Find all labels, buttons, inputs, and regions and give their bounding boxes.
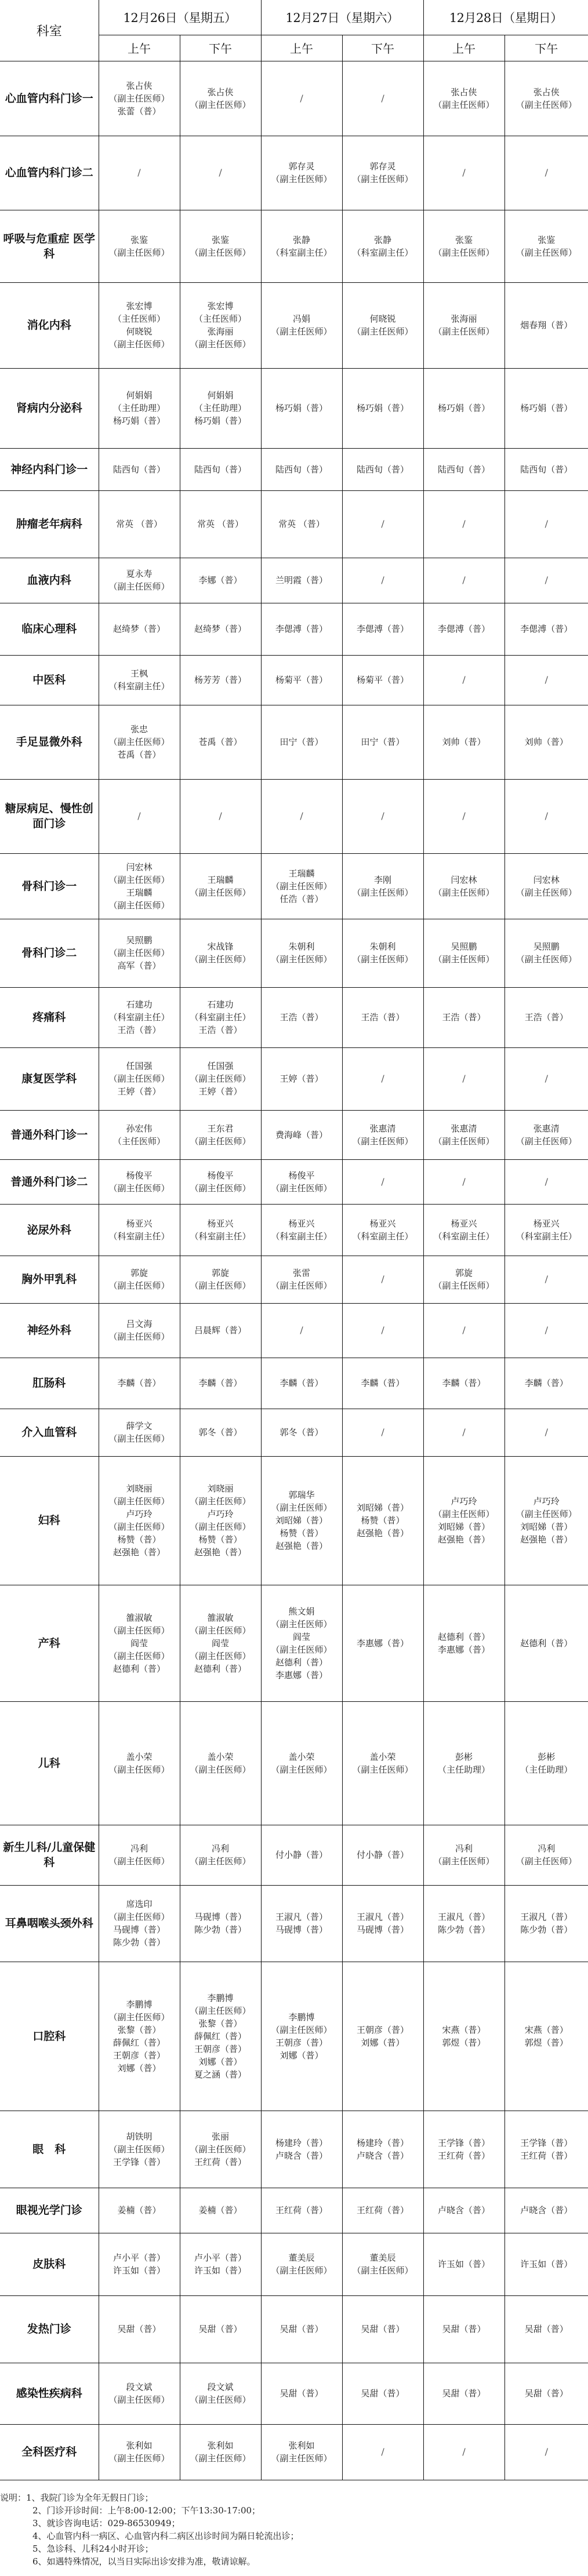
doctor-line: 田宁（普） [343,736,423,748]
doctor-line: 刘帅（普） [505,736,588,748]
doctor-line: 阎莹 [99,1637,180,1650]
no-clinic-mark: / [343,1072,423,1085]
no-clinic-mark: / [343,1176,423,1188]
schedule-cell: 王枫（科室副主任） [99,655,180,705]
doctor-line: （副主任医师） [262,1279,342,1292]
schedule-cell: 杨俊平（副主任医师） [180,1159,261,1204]
doctor-line: （副主任医师） [180,1855,261,1868]
doctor-line: 郭冬（普） [262,1426,342,1439]
doctor-line: （副主任医师） [262,1182,342,1195]
schedule-cell: 盖小荣（副主任医师） [261,1701,342,1825]
doctor-line: 雒淑敏 [180,1611,261,1624]
doctor-line: （副主任医师） [424,953,504,966]
doctor-line: 卢巧玲 [424,1495,504,1508]
doctor-line: 杨菊平（普） [343,674,423,686]
date-header-dec26: 12月26日（星期五） [99,0,261,35]
schedule-cell: 王淑凡（普）马砚博（普） [342,1885,423,1962]
schedule-cell: 杨俊平（副主任医师） [99,1159,180,1204]
dept-name: 手足显微外科 [0,705,99,779]
doctor-line: 马砚博（普） [99,1923,180,1936]
schedule-cell: 盖小荣（副主任医师） [180,1701,261,1825]
no-clinic-mark: / [343,574,423,587]
schedule-cell: 付小静（普） [342,1825,423,1885]
schedule-cell: 杨菊平（普） [261,655,342,705]
schedule-cell: 张雷（副主任医师） [261,1256,342,1303]
doctor-line: 张宏博 [99,300,180,312]
doctor-line: 王朝彦（普） [99,2049,180,2062]
schedule-cell: 张惠清（副主任医师） [342,1110,423,1159]
doctor-line: 刘娜（普） [343,2036,423,2049]
dept-name: 感染性疾病科 [0,2363,99,2424]
doctor-line: 杨亚兴 [343,1217,423,1230]
dept-name: 心血管内科门诊一 [0,61,99,136]
dept-row: 骨科门诊二吴照鹏（副主任医师）高军（普）宋战锋（副主任医师）朱朝利（副主任医师）… [0,919,588,987]
doctor-line: 薛学文 [99,1420,180,1432]
schedule-cell: 张海丽（副主任医师） [423,282,504,368]
schedule-cell: 雒淑敏（副主任医师）阎莹（副主任医师）赵德利（普） [99,1585,180,1701]
no-clinic-mark: / [262,1324,342,1337]
schedule-cell: / [504,1047,588,1110]
doctor-line: 杨赞（普） [99,1533,180,1546]
note-line: 5、急诊科、儿科24小时开诊； [0,2542,588,2555]
doctor-line: 杨巧娟（普） [180,414,261,427]
no-clinic-mark: / [424,1176,504,1188]
schedule-cell: 吕晨辉（普） [180,1303,261,1358]
doctor-line: 费海峰（普） [262,1129,342,1141]
doctor-line: 卢巧玲 [180,1508,261,1520]
doctor-line: 赵强艳（普） [180,1546,261,1559]
doctor-line: （副主任医师） [99,1763,180,1776]
doctor-line: 张占侠 [505,86,588,99]
doctor-line: 何娟娟 [99,389,180,402]
doctor-line: 盖小荣 [262,1751,342,1763]
slot-header-pm: 下午 [504,35,588,61]
dept-row: 新生儿科/儿童保健科冯利（副主任医师）冯利（副主任医师）付小静（普）付小静（普）… [0,1825,588,1885]
schedule-cell: 卢晓含（普） [423,2188,504,2233]
doctor-line: 吴照鹏 [424,940,504,953]
doctor-line: 卢晓含（普） [262,2149,342,2162]
dept-row: 骨科门诊一闫宏林（副主任医师）王瑞麟（副主任医师）王瑞麟（副主任医师）王瑞麟（副… [0,853,588,919]
schedule-cell: 杨亚兴（科室副主任） [261,1204,342,1256]
dept-row: 中医科王枫（科室副主任）杨芳芳（普）杨菊平（普）杨菊平（普）// [0,655,588,705]
doctor-line: 赵绮梦（普） [99,623,180,635]
doctor-line: （副主任医师） [505,886,588,899]
doctor-line: （副主任医师） [99,338,180,351]
no-clinic-mark: / [424,810,504,823]
schedule-cell: 吴甜（普） [504,2363,588,2424]
schedule-cell: 杨亚兴（科室副主任） [180,1204,261,1256]
doctor-line: 刘昭娣（普） [505,1520,588,1533]
no-clinic-mark: / [262,92,342,105]
doctor-line: 吴甜（普） [505,2387,588,2400]
doctor-line: 付小静（普） [262,1849,342,1861]
schedule-cell: 冯利（副主任医师） [423,1825,504,1885]
schedule-cell: 陆西旬（普） [261,448,342,490]
doctor-line: 宋燕（普） [424,2024,504,2036]
doctor-line: 冯利 [99,1842,180,1855]
no-clinic-mark: / [180,166,261,179]
schedule-cell: 彭彬（主任助理） [504,1701,588,1825]
schedule-cell: 许玉如（普） [423,2233,504,2295]
schedule-cell: 赵绮梦（普） [99,603,180,655]
schedule-cell: / [342,1303,423,1358]
doctor-line: 张利如 [262,2439,342,2452]
doctor-line: 夏之涵（普） [180,2068,261,2081]
doctor-line: （副主任医师） [180,1182,261,1195]
schedule-cell: 卢晓含（普） [504,2188,588,2233]
no-clinic-mark: / [505,1176,588,1188]
dept-name: 介入血管科 [0,1409,99,1456]
doctor-line: 陆西旬（普） [424,463,504,476]
slot-header-am: 上午 [261,35,342,61]
schedule-cell: 郭冬（普） [180,1409,261,1456]
doctor-line: （主任助理） [505,1763,588,1776]
doctor-line: 王朝彦（普） [180,2043,261,2055]
schedule-cell: 姜楠（普） [180,2188,261,2233]
doctor-line: 常英 （普） [99,518,180,530]
doctor-line: 王学锋（普） [424,2137,504,2149]
schedule-cell: 杨芳芳（普） [180,655,261,705]
doctor-line: （副主任医师） [505,953,588,966]
no-clinic-mark: / [424,1072,504,1085]
doctor-line: 李惠娜（普） [343,1637,423,1650]
notes-prefix: 说明： [0,2493,26,2503]
doctor-line: 王学锋（普） [99,2156,180,2169]
doctor-line: （副主任医师） [99,2393,180,2406]
doctor-line: 段文斌 [180,2381,261,2393]
schedule-cell: 吕文海（副主任医师） [99,1303,180,1358]
doctor-line: （主任助理） [180,402,261,414]
doctor-line: 苍禹（普） [180,736,261,748]
doctor-line: 王婷（普） [180,1085,261,1098]
dept-name: 眼 科 [0,2111,99,2188]
dept-row: 心血管内科门诊二//郭存灵（副主任医师）郭存灵（副主任医师）// [0,136,588,210]
schedule-cell: 刘晓丽（副主任医师）卢巧玲（副主任医师）杨赞（普）赵强艳（普） [99,1456,180,1585]
schedule-cell: / [342,490,423,558]
no-clinic-mark: / [99,166,180,179]
schedule-cell: 段文斌（副主任医师） [99,2363,180,2424]
dept-row: 神经外科吕文海（副主任医师）吕晨辉（普）//// [0,1303,588,1358]
doctor-line: （副主任医师） [505,246,588,259]
schedule-cell: 王学锋（普）王红荷（普） [504,2111,588,2188]
schedule-cell: 李偲溥（普） [342,603,423,655]
schedule-cell: 闫宏林（副主任医师） [423,853,504,919]
schedule-cell: 刘晓丽（副主任医师）卢巧玲（副主任医师）杨赞（普）赵强艳（普） [180,1456,261,1585]
doctor-line: （主任医师） [180,312,261,325]
schedule-cell: 胡铁明（副主任医师）王学锋（普） [99,2111,180,2188]
doctor-line: 刘娜（普） [262,2049,342,2062]
schedule-cell: 李偲溥（普） [423,603,504,655]
no-clinic-mark: / [505,1426,588,1439]
doctor-line: （副主任医师） [262,1763,342,1776]
schedule-cell: 吴甜（普） [342,2295,423,2363]
doctor-line: （副主任医师） [99,1624,180,1637]
doctor-line: 杨赞（普） [262,1527,342,1540]
doctor-line: 胡铁明 [99,2130,180,2143]
schedule-cell: 郭瑞华（副主任医师）刘昭娣（普）杨赞（普）赵强艳（普） [261,1456,342,1585]
doctor-line: 卢小平（普） [180,2251,261,2264]
schedule-cell: / [423,1159,504,1204]
no-clinic-mark: / [424,518,504,530]
schedule-cell: 王浩（普） [342,987,423,1047]
schedule-cell: 王浩（普） [261,987,342,1047]
schedule-cell: / [504,490,588,558]
doctor-line: 闫宏林 [99,861,180,874]
schedule-cell: 吴甜（普） [180,2295,261,2363]
schedule-cell: 兰明霞（普） [261,558,342,603]
note-line: 4、心血管内科一病区、心血管内科二病区出诊时间为隔日轮流出诊； [0,2530,588,2542]
doctor-line: 赵强艳（普） [343,1527,423,1540]
doctor-line: 李偲溥（普） [343,623,423,635]
schedule-cell: 杨建玲（普）卢晓含（普） [261,2111,342,2188]
doctor-line: （副主任医师） [180,886,261,899]
doctor-line: 郭煜（普） [424,2036,504,2049]
doctor-line: 段文斌 [99,2381,180,2393]
dept-row: 普通外科门诊二杨俊平（副主任医师）杨俊平（副主任医师）杨俊平（副主任医师）/// [0,1159,588,1204]
doctor-line: 吴甜（普） [343,2323,423,2335]
doctor-line: 李刚 [343,874,423,886]
dept-name: 妇科 [0,1456,99,1585]
doctor-line: 王红荷（普） [505,2149,588,2162]
doctor-line: 烟春翔（普） [505,319,588,332]
doctor-line: 李麟（普） [343,1377,423,1389]
schedule-cell: 张利如（副主任医师） [99,2424,180,2480]
dept-row: 呼吸与危重症 医学科张鉴（副主任医师）张鉴（副主任医师）张静（科室副主任）张静（… [0,210,588,282]
doctor-line: （副主任医师） [262,880,342,893]
schedule-cell: 杨亚兴（科室副主任） [423,1204,504,1256]
doctor-line: 杨亚兴 [262,1217,342,1230]
doctor-line: 冯利 [505,1842,588,1855]
schedule-cell: / [504,558,588,603]
schedule-cell: 常英 （普） [261,490,342,558]
schedule-cell: 杨亚兴（科室副主任） [342,1204,423,1256]
doctor-line: 王淑凡（普） [262,1911,342,1923]
schedule-cell: 张惠清（副主任医师） [504,1110,588,1159]
notes-section: 说明：1、我院门诊为全年无假日门诊； 2、门诊开诊时间：上午8:00-12:00… [0,2491,588,2568]
doctor-line: 王枫 [99,667,180,680]
doctor-line: 兰明霞（普） [262,574,342,587]
schedule-cell: 彭彬（主任助理） [423,1701,504,1825]
slot-header-am: 上午 [99,35,180,61]
dept-name: 耳鼻咽喉头颈外科 [0,1885,99,1962]
doctor-line: （副主任医师） [99,1279,180,1292]
doctor-line: （科室副主任） [262,246,342,259]
schedule-cell: 吴甜（普） [261,2363,342,2424]
dept-name: 疼痛科 [0,987,99,1047]
dept-name: 骨科门诊一 [0,853,99,919]
schedule-cell: 杨巧娟（普） [423,368,504,448]
schedule-cell: 王瑞麟（副主任医师）任浩（普） [261,853,342,919]
doctor-line: 吴甜（普） [180,2323,261,2335]
schedule-cell: / [342,558,423,603]
doctor-line: 赵强艳（普） [505,1533,588,1546]
schedule-cell: 李麟（普） [423,1358,504,1409]
doctor-line: 刘娜（普） [99,2062,180,2075]
doctor-line: （副主任医师） [99,1911,180,1923]
schedule-cell: 杨菊平（普） [342,655,423,705]
doctor-line: （主任医师） [99,312,180,325]
no-clinic-mark: / [343,810,423,823]
doctor-line: 李麟（普） [99,1377,180,1389]
doctor-line: （副主任医师） [99,899,180,912]
schedule-cell: / [504,779,588,853]
dept-row: 发热门诊吴甜（普）吴甜（普）吴甜（普）吴甜（普）吴甜（普）吴甜（普） [0,2295,588,2363]
dept-row: 心血管内科门诊一张占侠（副主任医师）张蕾（普）张占侠（副主任医师）//张占侠（副… [0,61,588,136]
doctor-line: （科室副主任） [505,1230,588,1243]
schedule-cell: 张占侠（副主任医师） [504,61,588,136]
dept-name: 神经内科门诊一 [0,448,99,490]
doctor-line: 张占侠 [424,86,504,99]
dept-name: 血液内科 [0,558,99,603]
doctor-line: 吴甜（普） [424,2323,504,2335]
doctor-line: 卢巧玲 [505,1495,588,1508]
schedule-cell: 席选印（副主任医师）马砚博（普）陈少勃（普） [99,1885,180,1962]
doctor-line: （副主任医师） [180,338,261,351]
doctor-line: （科室副主任） [99,680,180,693]
doctor-line: 马砚博（普） [262,1923,342,1936]
doctor-line: 王红荷（普） [180,2156,261,2169]
doctor-line: 李麟（普） [180,1377,261,1389]
dept-row: 手足显微外科张忠（副主任医师）苍禹（普）苍禹（普）田宁（普）田宁（普）刘帅（普）… [0,705,588,779]
dept-column-header: 科室 [0,0,99,61]
schedule-cell: 烟春翔（普） [504,282,588,368]
schedule-cell: 吴甜（普） [423,2363,504,2424]
dept-name: 肾病内分泌科 [0,368,99,448]
no-clinic-mark: / [343,2446,423,2458]
dept-name: 心血管内科门诊二 [0,136,99,210]
schedule-cell: 李鹏博（副主任医师）张黎（普）薛佩红（普）王朝彦（普）刘娜（普） [99,1962,180,2111]
doctor-line: 卢巧玲 [99,1508,180,1520]
schedule-cell: 王淑凡（普）马砚博（普） [261,1885,342,1962]
doctor-line: 张惠清 [343,1122,423,1135]
schedule-cell: 张占侠（副主任医师） [423,61,504,136]
doctor-line: 朱朝利 [262,940,342,953]
doctor-line: 李惠娜（普） [424,1643,504,1656]
schedule-cell: / [342,1409,423,1456]
schedule-cell: 常英 （普） [180,490,261,558]
doctor-line: 熊文娟 [262,1605,342,1618]
note-line: 3、就诊咨询电话：029-86530949； [0,2517,588,2530]
doctor-line: 王婷（普） [262,1072,342,1085]
doctor-line: （副主任医师） [99,580,180,593]
doctor-line: （科室副主任） [262,1230,342,1243]
dept-row: 糖尿病足、慢性创面门诊////// [0,779,588,853]
schedule-cell: / [99,136,180,210]
doctor-line: （科室副主任） [424,1230,504,1243]
doctor-line: 王瑞麟 [262,867,342,880]
doctor-line: 陆西旬（普） [505,463,588,476]
schedule-cell: 杨亚兴（科室副主任） [504,1204,588,1256]
no-clinic-mark: / [505,1324,588,1337]
doctor-line: 任浩（普） [262,893,342,905]
doctor-line: 冯娟 [262,312,342,325]
dept-name: 糖尿病足、慢性创面门诊 [0,779,99,853]
doctor-line: 刘晓丽 [180,1482,261,1495]
doctor-line: 吴甜（普） [262,2387,342,2400]
schedule-cell: 石建功（科室副主任）王浩（普） [180,987,261,1047]
schedule-cell: 张鉴（副主任医师） [99,210,180,282]
schedule-cell: 宋战锋（副主任医师） [180,919,261,987]
doctor-line: 杨亚兴 [99,1217,180,1230]
doctor-line: 雒淑敏 [99,1611,180,1624]
doctor-line: 张占侠 [180,86,261,99]
dept-row: 泌尿外科杨亚兴（科室副主任）杨亚兴（科室副主任）杨亚兴（科室副主任）杨亚兴（科室… [0,1204,588,1256]
doctor-line: 陆西旬（普） [99,463,180,476]
dept-row: 介入血管科薛学文（副主任医师）郭冬（普）郭冬（普）/// [0,1409,588,1456]
no-clinic-mark: / [424,166,504,179]
doctor-line: （科室副主任） [99,1011,180,1024]
doctor-line: 张黎（普） [99,2024,180,2036]
doctor-line: （副主任医师） [99,736,180,748]
doctor-line: 李鹏博 [180,1992,261,2004]
doctor-line: 吴甜（普） [424,2387,504,2400]
schedule-cell: 马砚博（普）陈少勃（普） [180,1885,261,1962]
doctor-line: 王婷（普） [99,1085,180,1098]
schedule-cell: 王朝彦（普）刘娜（普） [342,1962,423,2111]
schedule-cell: / [261,61,342,136]
doctor-line: 赵德利（普） [505,1637,588,1650]
doctor-line: 何晓锐 [99,325,180,338]
dept-row: 疼痛科石建功（科室副主任）王浩（普）石建功（科室副主任）王浩（普）王浩（普）王浩… [0,987,588,1047]
schedule-cell: 闫宏林（副主任医师） [504,853,588,919]
schedule-cell: / [261,1303,342,1358]
schedule-cell: 盖小荣（副主任医师） [342,1701,423,1825]
doctor-line: 杨亚兴 [424,1217,504,1230]
doctor-line: 李偲溥（普） [262,623,342,635]
doctor-line: 杨赞（普） [180,1533,261,1546]
doctor-line: 刘昭娣（普） [262,1514,342,1527]
doctor-line: （副主任医师） [99,92,180,105]
schedule-cell: 王浩（普） [504,987,588,1047]
doctor-line: （科室副主任） [180,1230,261,1243]
doctor-line: 常英 （普） [262,518,342,530]
schedule-cell: 卢小平（普）许玉如（普） [180,2233,261,2295]
doctor-line: 何娟娟 [180,389,261,402]
doctor-line: 吴甜（普） [99,2323,180,2335]
schedule-cell: 张利如（副主任医师） [180,2424,261,2480]
doctor-line: （副主任医师） [262,2024,342,2036]
schedule-cell: / [423,779,504,853]
doctor-line: 吕文海 [99,1318,180,1330]
schedule-cell: 陆西旬（普） [99,448,180,490]
doctor-line: 吴照鹏 [505,940,588,953]
doctor-line: 张利如 [180,2439,261,2452]
schedule-cell: 冯利（副主任医师） [99,1825,180,1885]
doctor-line: 陈少勃（普） [424,1923,504,1936]
schedule-cell: 王婷（普） [261,1047,342,1110]
doctor-line: 宋战锋 [180,940,261,953]
doctor-line: （副主任医师） [180,1495,261,1508]
doctor-line: （主任助理） [424,1763,504,1776]
doctor-line: 姜楠（普） [180,2204,261,2217]
doctor-line: 杨巧娟（普） [505,402,588,414]
doctor-line: 王学锋（普） [505,2137,588,2149]
schedule-cell: 卢巧玲（副主任医师）刘昭娣（普）赵强艳（普） [504,1456,588,1585]
schedule-cell: 薛学文（副主任医师） [99,1409,180,1456]
doctor-line: 卢晓含（普） [343,2149,423,2162]
no-clinic-mark: / [343,92,423,105]
schedule-cell: 张占侠（副主任医师） [180,61,261,136]
schedule-cell: / [423,136,504,210]
doctor-line: 闫宏林 [424,874,504,886]
schedule-cell: / [342,1047,423,1110]
schedule-cell: 张占侠（副主任医师）张蕾（普） [99,61,180,136]
schedule-cell: 张利如（副主任医师） [261,2424,342,2480]
no-clinic-mark: / [424,1426,504,1439]
schedule-cell: 李娜（普） [180,558,261,603]
schedule-cell: / [342,779,423,853]
note-item: 3、就诊咨询电话：029-86530949； [32,2518,180,2528]
